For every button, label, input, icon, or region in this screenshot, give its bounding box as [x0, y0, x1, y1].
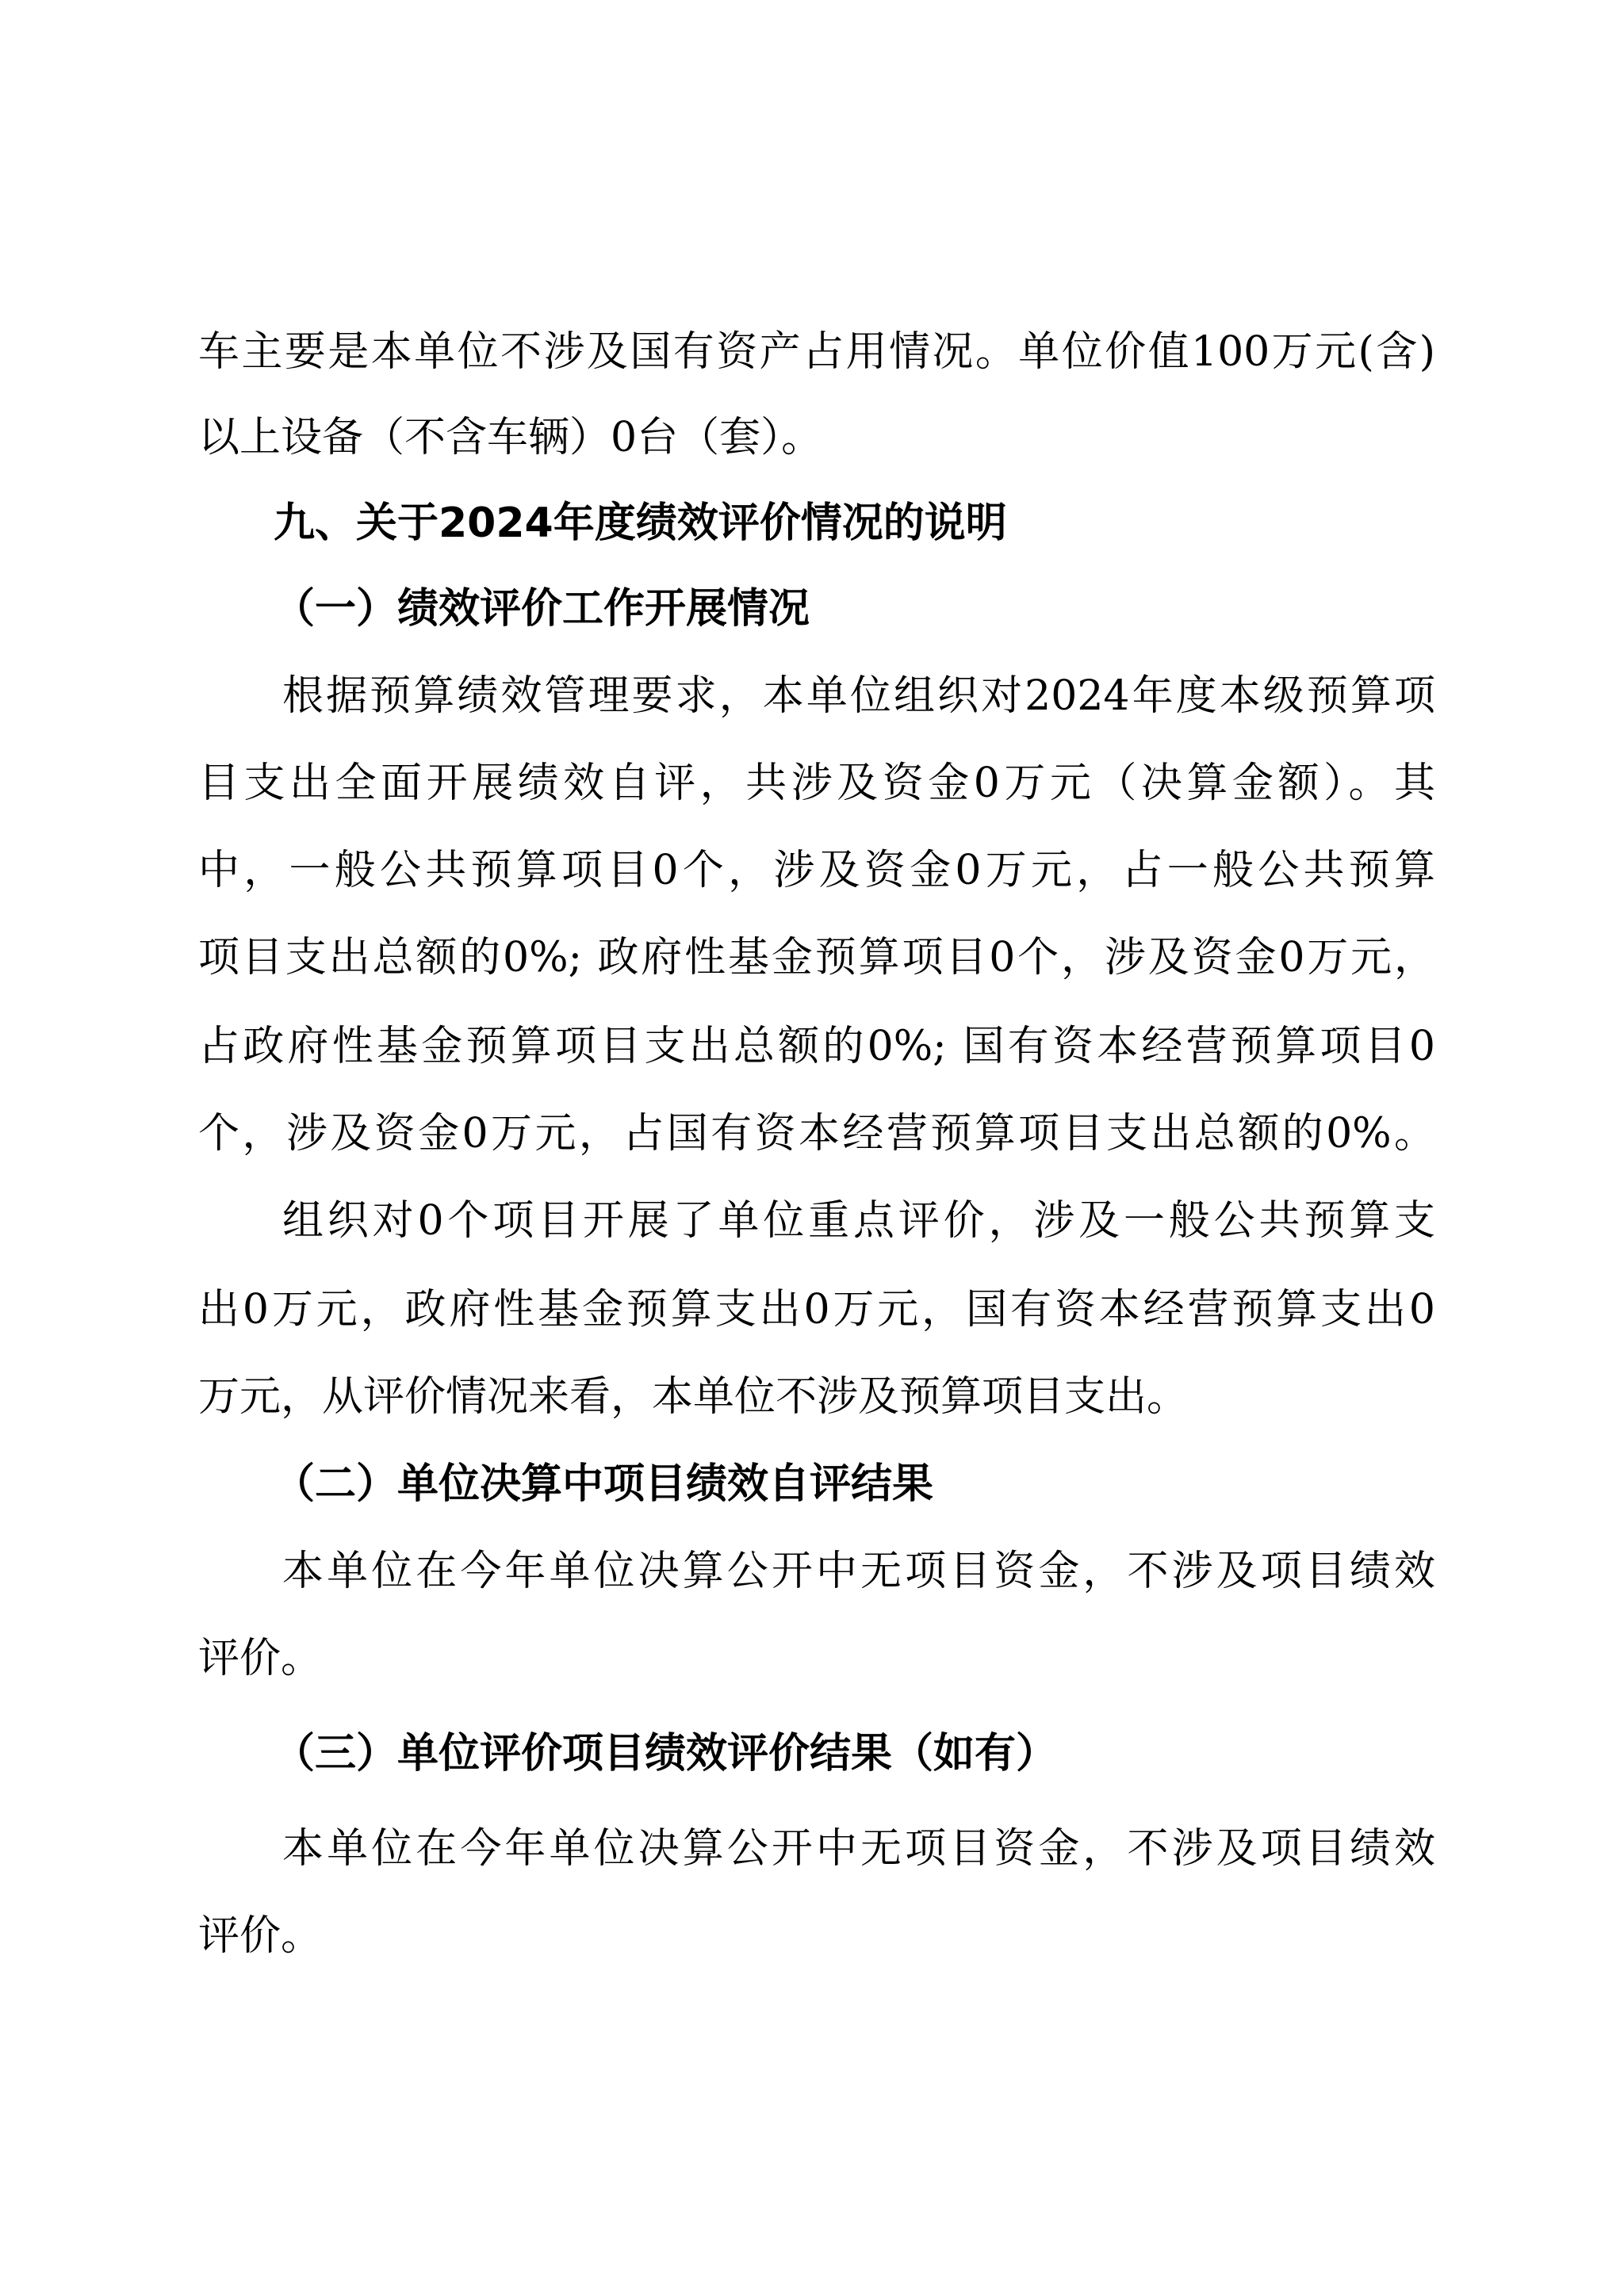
body-text-line: 评价。	[198, 1633, 1435, 1684]
body-text-line: 万元，从评价情况来看，本单位不涉及预算项目支出。	[198, 1372, 1435, 1422]
body-text-line: 以上设备（不含车辆）0台（套）。	[198, 412, 1435, 463]
subsection-heading: （一）绩效评价工作开展情况	[274, 584, 1511, 634]
subsection-heading: （三）单位评价项目绩效评价结果（如有）	[274, 1728, 1511, 1779]
body-text-line: 出0万元，政府性基金预算支出0万元，国有资本经营预算支出0	[198, 1284, 1435, 1335]
body-text-line: 占政府性基金预算项目支出总额的0%; 国有资本经营预算项目0	[198, 1021, 1435, 1072]
body-text-line: 评价。	[198, 1911, 1435, 1961]
body-text-line: 本单位在今年单位决算公开中无项目资金，不涉及项目绩效	[282, 1823, 1435, 1874]
body-text-line: 根据预算绩效管理要求，本单位组织对2024年度本级预算项	[282, 671, 1435, 721]
body-text-line: 目支出全面开展绩效自评，共涉及资金0万元（决算金额）。其	[198, 758, 1435, 809]
body-text-line: 中，一般公共预算项目0个，涉及资金0万元，占一般公共预算	[198, 845, 1435, 896]
body-text-line: 项目支出总额的0%; 政府性基金预算项目0个，涉及资金0万元，	[198, 932, 1435, 983]
body-text-line: 个，涉及资金0万元，占国有资本经营预算项目支出总额的0%。	[198, 1108, 1435, 1159]
body-text-line: 车主要是本单位不涉及国有资产占用情况。单位价值100万元(含)	[198, 327, 1435, 377]
body-text-line: 组织对0个项目开展了单位重点评价，涉及一般公共预算支	[282, 1196, 1435, 1246]
subsection-heading: （二）单位决算中项目绩效自评结果	[274, 1459, 1511, 1510]
body-text-line: 本单位在今年单位决算公开中无项目资金，不涉及项目绩效	[282, 1546, 1435, 1597]
section-heading: 九、关于2024年度绩效评价情况的说明	[274, 498, 1511, 549]
document-page: 车主要是本单位不涉及国有资产占用情况。单位价值100万元(含) 以上设备（不含车…	[0, 0, 1624, 2296]
